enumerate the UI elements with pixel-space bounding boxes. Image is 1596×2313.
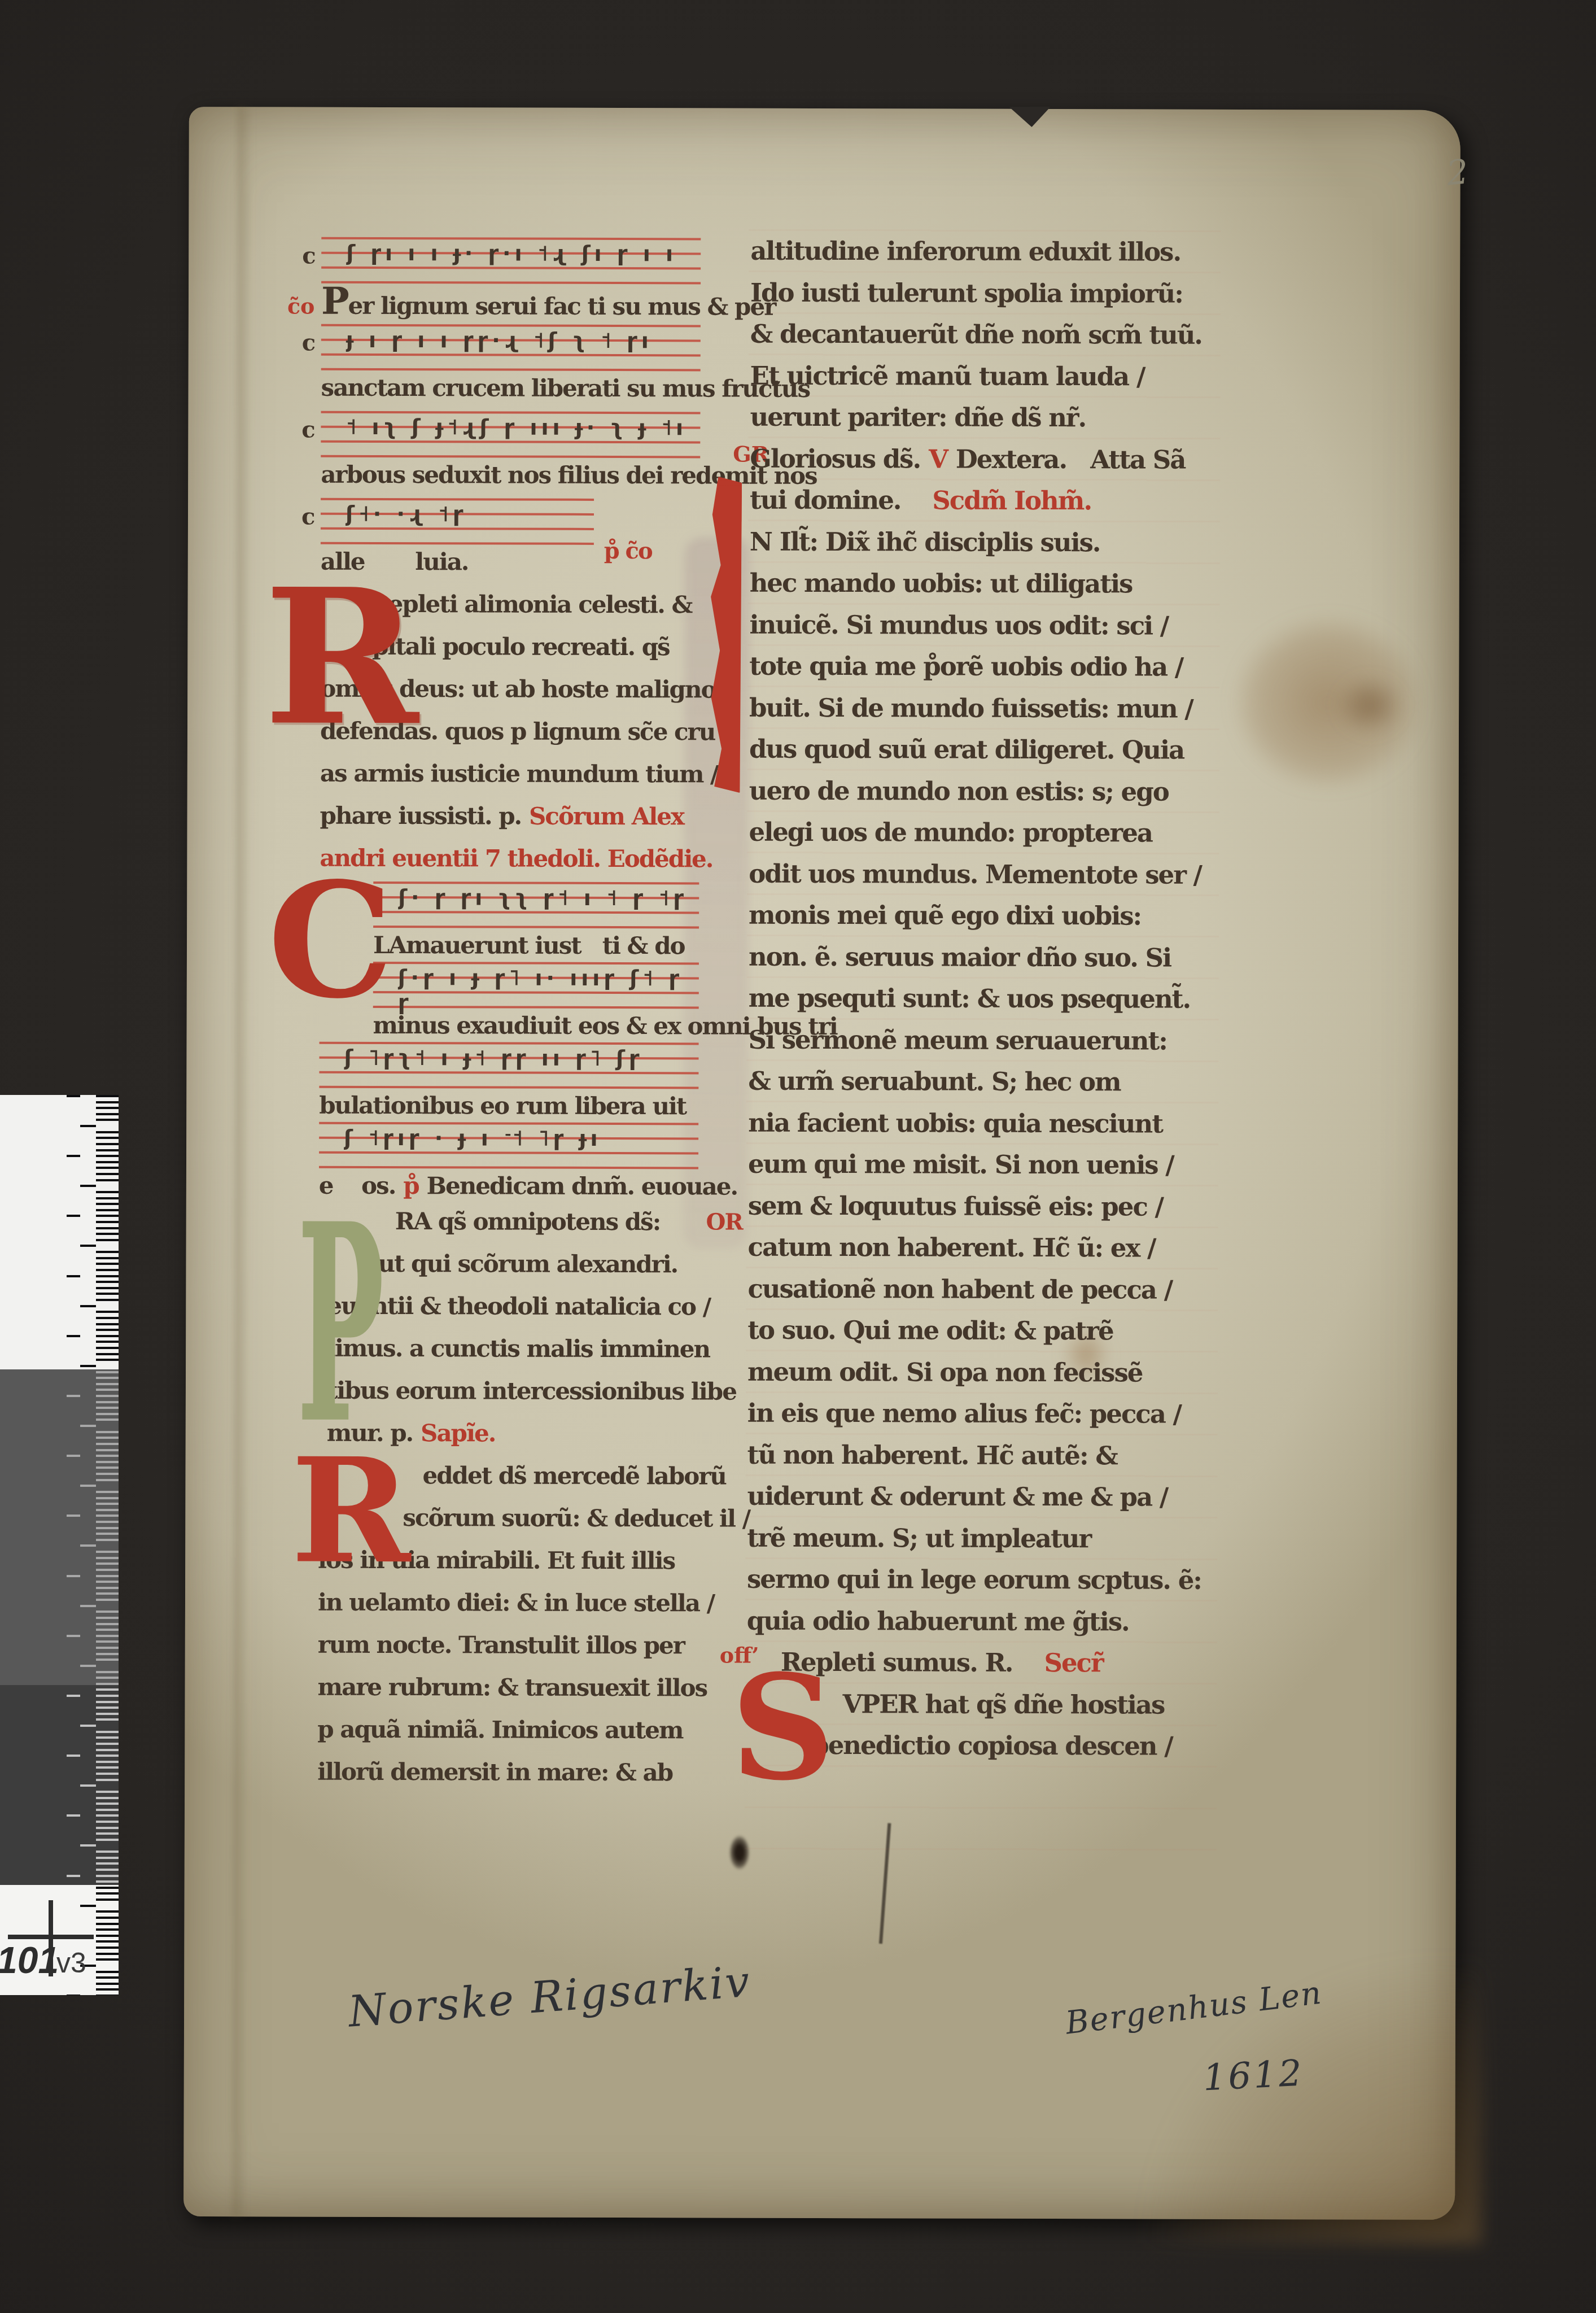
text-segment: Sapĩe.: [421, 1419, 495, 1447]
oration-presta: PRA qs̃ omnipotens ds̃:ORut qui scõrum a…: [318, 1200, 698, 1455]
text-line: uerunt pariter: dñe ds̃ nr̃.: [750, 396, 1216, 439]
text-segment: Scdm̃ Iohm̃.: [909, 485, 1091, 516]
lyric-line: sanctam crucem liberati su mus fructus: [321, 372, 701, 408]
archive-stamp: Norske Rigsarkiv: [347, 1956, 753, 2037]
text-segment: Atta Sã: [1075, 444, 1186, 475]
text-segment: me psequti sunt: & uos psequent̃.: [749, 983, 1190, 1014]
text-segment: uiderunt & oderunt & me & pa /: [747, 1481, 1168, 1512]
manuscript-page: 2 c̃ocʃ ɼı ı ı ɟ· ɼ·ı ˦ɻ ʃı ɼ ı ıPer lig…: [183, 107, 1461, 2220]
music-staff: cʃ˧· ·ɻ ˦ɼ: [321, 498, 594, 546]
text-line: odit uos mundus. Mementote ser /: [749, 853, 1215, 896]
text-segment: Gloriosus ds̃.: [750, 443, 920, 474]
lesson-continuation: altitudine inferorum eduxit illos.Ido iu…: [750, 230, 1217, 439]
text-segment: dus quod suũ erat diligeret. Quia: [749, 734, 1184, 765]
text-line: uero de mundo non estis: s; ego: [749, 770, 1215, 813]
text-line: Ido iusti tulerunt spolia impiorũ:: [750, 272, 1217, 315]
text-line: meum odit. Si opa non fecissẽ: [747, 1351, 1214, 1394]
text-line: phare iussisti. p.Scõrum Alex: [320, 795, 699, 838]
text-segment: trẽ meum. S; ut impleatur: [747, 1522, 1091, 1553]
neume-notation: ɟ ı ɼ ı ı ɼɼ·ɻ ˦ʃ ʅ ˦ ɼı: [346, 328, 703, 354]
text-line: trẽ meum. S; ut impleatur: [747, 1517, 1213, 1560]
text-segment: phare iussisti. p.: [320, 802, 522, 830]
text-segment: V: [929, 444, 947, 474]
text-segment: meum odit. Si opa non fecissẽ: [747, 1356, 1143, 1387]
text-line: quia odio habuerunt me g̃tis.: [747, 1600, 1213, 1643]
text-segment: sermo qui in lege eorum scptus. ẽ:: [747, 1564, 1201, 1595]
text-segment: Si sermonẽ meum seruauerunt:: [749, 1024, 1167, 1055]
text-line: & urm̃ seruabunt. S; hec om: [748, 1061, 1214, 1103]
text-line: nia facient uobis: quia nesciunt: [748, 1102, 1214, 1145]
text-segment: Scõrum Alex: [529, 802, 684, 831]
illuminated-initial: S: [731, 1661, 834, 1794]
text-segment: Et uictricẽ manũ tuam lauda /: [750, 360, 1145, 391]
calibration-ruler: 101 v3: [0, 1095, 119, 1995]
lesson-reddet: Reddet ds̃ mercedẽ laborũscõrum suorũ…: [317, 1454, 698, 1794]
text-line: elegi uos de mundo: propterea: [749, 811, 1215, 854]
music-staff: ʃ ˦ɼıɼ · ɟ ı ˦˦ ˥ɼ ɟı: [319, 1122, 698, 1171]
text-line: tote quia me p̊orẽ uobis odio ha /: [749, 645, 1215, 688]
text-segment: catum non haberent. Hc̃ ũ: ex /: [748, 1232, 1156, 1263]
text-segment: ut qui scõrum alexandri.: [378, 1250, 677, 1278]
neume-notation: ˦ ıʅ ʃ ɟ˦ɻʃ ɼ ııı ɟ· ʅ ɟ ˦ı: [346, 414, 702, 440]
text-segment: N Ilt̃: Dix̃ ihc̃ disciplis suis.: [750, 526, 1100, 557]
gradual-gloriosus: GRGloriosus ds̃.VDextera. Atta Sãtui do…: [750, 438, 1216, 522]
text-line: tui domine. Scdm̃ Iohm̃.: [750, 479, 1216, 522]
music-staff: ʃ· ɼ ɼı ʅʅ ɼ˦ ı ˦ ɼ ˦ɼ: [373, 881, 699, 930]
text-segment: bulationibus eo rum libera uit: [319, 1092, 686, 1120]
text-segment: tote quia me p̊orẽ uobis odio ha /: [749, 651, 1183, 682]
text-line: mare rubrum: & transuexit illos: [317, 1666, 697, 1709]
text-segment: mare rubrum: & transuexit illos: [318, 1673, 707, 1702]
music-staff: c˦ ıʅ ʃ ɟ˦ɻʃ ɼ ııı ɟ· ʅ ɟ ˦ı: [321, 411, 700, 460]
illuminated-initial: C: [268, 869, 393, 1013]
neume-notation: ʃ ˦ɼıɼ · ɟ ı ˦˦ ˥ɼ ɟı: [344, 1125, 701, 1151]
region-stamp: Bergenhus Len: [1064, 1975, 1324, 2042]
text-line: & decantauerũt dñe nom̃ scm̃ tuũ.: [750, 313, 1217, 356]
text-segment: sem & loquutus fuissẽ eis: pec /: [748, 1190, 1163, 1221]
text-segment: VPER hat qs̃ dñe hostias: [842, 1689, 1164, 1720]
clef-letter: c: [302, 243, 314, 269]
text-line: tũ non haberent. Hc̃ autẽ: &: [747, 1434, 1214, 1477]
text-segment: eum qui me misit. Si non uenis /: [748, 1149, 1174, 1180]
text-segment: hec mando uobis: ut diligatis: [750, 568, 1132, 599]
text-line: to suo. Qui me odit: & patrẽ: [747, 1310, 1214, 1352]
text-line: Si sermonẽ meum seruauerunt:: [748, 1019, 1214, 1062]
text-segment: buit. Si de mundo fuissetis: mun /: [749, 692, 1193, 723]
text-segment: eddet ds̃ mercedẽ laborũ: [422, 1461, 725, 1490]
music-staff: cʃ ɼı ı ı ɟ· ɼ·ı ˦ɻ ʃı ɼ ı ı: [321, 237, 701, 286]
text-segment: p aquã nimiã. Inimicos autem: [317, 1716, 683, 1744]
text-segment: nia facient uobis: quia nesciunt: [748, 1107, 1162, 1138]
text-segment: tui domine.: [750, 485, 901, 516]
chant-system: c˦ ıʅ ʃ ɟ˦ɻʃ ɼ ııı ɟ· ʅ ɟ ˦ıarbous sedux…: [321, 411, 700, 497]
text-segment: odit uos mundus. Mementote ser /: [749, 858, 1201, 889]
chant-system: cɟ ı ɼ ı ı ɼɼ·ɻ ˦ʃ ʅ ˦ ɼısanctam crucem …: [321, 324, 700, 410]
text-segment: euentii & theodoli natalicia co /: [327, 1292, 710, 1321]
neume-notation: ʃ˧· ·ɻ ˦ɼ: [346, 501, 602, 527]
text-segment: cusationẽ non habent de pecca /: [747, 1273, 1172, 1304]
neume-notation: ʃ· ɼ ɼı ʅʅ ɼ˦ ı ˦ ɼ ˦ɼ: [398, 885, 704, 910]
gospel-john: N Ilt̃: Dix̃ ihc̃ disciplis suis.hec man…: [747, 521, 1216, 1643]
text-line: dus quod suũ erat diligeret. Quia: [749, 728, 1215, 771]
clef-letter: c: [301, 417, 314, 443]
stain: [1322, 663, 1418, 748]
text-segment: scõrum suorũ: & deducet il /: [403, 1504, 750, 1533]
text-segment: tũ non haberent. Hc̃ autẽ: &: [747, 1439, 1117, 1470]
text-segment: tibus eorum intercessionibus libe: [327, 1377, 736, 1406]
communio-per-lignum: c̃ocʃ ɼı ı ı ɟ· ɼ·ı ˦ɻ ʃı ɼ ı ıPer lignu…: [321, 237, 701, 584]
text-segment: non. ẽ. seruus maior dño suo. Si: [749, 941, 1171, 972]
text-segment: & decantauerũt dñe nom̃ scm̃ tuũ.: [750, 319, 1202, 350]
text-line: me psequti sunt: & uos psequent̃.: [749, 977, 1215, 1020]
text-segment: Ido iusti tulerunt spolia impiorũ:: [750, 277, 1183, 308]
right-text-column: altitudine inferorum eduxit illos.Ido iu…: [746, 230, 1217, 1768]
neume-notation: ʃ ɼı ı ı ɟ· ɼ·ı ˦ɻ ʃı ɼ ı ı: [346, 241, 703, 267]
text-line: monis mei quẽ ego dixi uobis:: [749, 894, 1215, 937]
page-crease: [232, 107, 252, 2216]
text-line: Et uictricẽ manũ tuam lauda /: [750, 355, 1217, 398]
music-staff: ʃ·ɼ ı ɟ ɼ˥ ı· ıııɼ ʃ˦ ɼ ɼ: [373, 962, 699, 1010]
lyric-line: arbous seduxit nos filius dei redemit no…: [321, 459, 700, 495]
illuminated-initial: R: [291, 1445, 410, 1578]
text-segment: monis mei quẽ ego dixi uobis:: [749, 900, 1141, 931]
ruler-version-label: v3: [56, 1947, 86, 1979]
music-staff: cɟ ı ɼ ı ı ɼɼ·ɻ ˦ʃ ʅ ˦ ɼı: [321, 324, 701, 373]
text-segment: quia odio habuerunt me g̃tis.: [747, 1605, 1129, 1636]
text-line: Gloriosus ds̃.VDextera. Atta Sã: [750, 438, 1216, 481]
text-line: buit. Si de mundo fuissetis: mun /: [749, 687, 1215, 730]
text-line: uiderunt & oderunt & me & pa /: [747, 1476, 1213, 1518]
text-segment: LAmauerunt iust ti & do: [373, 931, 685, 959]
text-segment: to suo. Qui me odit: & patrẽ: [747, 1315, 1113, 1346]
text-line: inuicẽ. Si mundus uos odit: sci /: [749, 604, 1215, 647]
psalm-cue: p̊ c̃o: [604, 535, 652, 568]
text-segment: illorũ demersit in mare: & ab: [317, 1758, 672, 1787]
page-notch: [1009, 107, 1051, 127]
lyric-line: LAmauerunt iust ti & do: [373, 929, 699, 965]
ruler-ticks-large: [67, 1095, 119, 1995]
text-segment: sanctam crucem liberati su mus fructus: [321, 374, 810, 403]
stain: [1198, 584, 1458, 822]
text-segment: RA qs̃ omnipotens ds̃:: [395, 1207, 661, 1236]
neume-notation: ʃ ˥ɼʅ˦ ı ɟ˦ ɼɼ ıı ɼ˥ ʃɼ: [344, 1045, 701, 1071]
text-line: altitudine inferorum eduxit illos.: [750, 230, 1217, 273]
text-line: sermo qui in lege eorum scptus. ẽ:: [747, 1559, 1213, 1601]
chant-system: ʃ ˥ɼʅ˦ ı ɟ˦ ɼɼ ıı ɼ˥ ʃɼbulationibus eo r…: [319, 1042, 698, 1121]
rubric-margin-mark: c̃o: [287, 294, 315, 319]
folio-number: 2: [1445, 152, 1470, 194]
text-segment: in eis que nemo alius fec̃: pecca /: [747, 1398, 1181, 1429]
text-line: rum nocte. Transtulit illos per: [318, 1624, 697, 1667]
collect-repleti: Repleti alimonia celesti. &spitali pocul…: [320, 583, 699, 880]
text-segment: benedictio copiosa descen /: [811, 1730, 1173, 1761]
left-text-column: c̃ocʃ ɼı ı ı ɟ· ɼ·ı ˦ɻ ʃı ɼ ı ıPer lignu…: [317, 235, 701, 1794]
rubric-margin-mark: OR: [706, 1201, 742, 1243]
neume-notation: ʃ·ɼ ı ɟ ɼ˥ ı· ıııɼ ʃ˦ ɼ ɼ: [398, 965, 705, 1015]
illuminated-initial: P: [297, 1203, 383, 1449]
text-line: illorũ demersit in mare: & ab: [317, 1751, 697, 1794]
text-segment: Per lignum serui fac ti su mus & per: [321, 292, 776, 321]
text-line: hec mando uobis: ut diligatis: [750, 562, 1216, 605]
text-segment: Dextera.: [956, 444, 1067, 474]
text-line: N Ilt̃: Dix̃ ihc̃ disciplis suis.: [750, 521, 1216, 564]
text-segment: inuicẽ. Si mundus uos odit: sci /: [749, 609, 1168, 640]
text-line: non. ẽ. seruus maior dño suo. Si: [749, 936, 1215, 979]
lyric-line: minus exaudiuit eos & ex omni bus tri: [373, 1009, 699, 1045]
text-segment: p̊: [403, 1172, 419, 1199]
text-segment: Benedicam dnm̃. euouae.: [426, 1172, 737, 1200]
text-line: eum qui me misit. Si non uenis /: [748, 1144, 1214, 1186]
text-segment: elegi uos de mundo: propterea: [749, 817, 1152, 848]
clef-letter: c: [302, 330, 314, 356]
clef-letter: c: [301, 504, 314, 530]
illuminated-initial: R: [264, 572, 418, 742]
text-segment: uero de mundo non estis: s; ego: [749, 775, 1169, 806]
text-segment: & urm̃ seruabunt. S; hec om: [748, 1066, 1121, 1097]
gradual-clamauerunt: Cʃ· ɼ ɼı ʅʅ ɼ˦ ı ˦ ɼ ˦ɼLAmauerunt iust t…: [319, 881, 699, 1201]
lyric-line: bulationibus eo rum libera uit: [319, 1089, 698, 1125]
text-line: catum non haberent. Hc̃ ũ: ex /: [748, 1227, 1214, 1269]
text-segment: limus. a cunctis malis imminen: [327, 1334, 710, 1363]
text-line: p aquã nimiã. Inimicos autem: [317, 1708, 697, 1752]
text-line: sem & loquutus fuissẽ eis: pec /: [748, 1185, 1214, 1228]
secret-super: SVPER hat qs̃ dñe hostiasbenedictio cop…: [746, 1683, 1213, 1767]
text-line: cusationẽ non habent de pecca /: [747, 1268, 1214, 1311]
text-line: in eis que nemo alius fec̃: pecca /: [747, 1393, 1214, 1435]
chant-system: cʃ ɼı ı ı ɟ· ɼ·ı ˦ɻ ʃı ɼ ı ıPer lignum s…: [321, 237, 701, 323]
ruler-number-label: 101: [0, 1939, 59, 1982]
text-segment: uerunt pariter: dñe ds̃ nr̃.: [750, 402, 1086, 433]
text-segment: altitudine inferorum eduxit illos.: [750, 236, 1180, 267]
year-stamp: 1612: [1202, 2053, 1305, 2100]
music-staff: ʃ ˥ɼʅ˦ ı ɟ˦ ɼɼ ıı ɼ˥ ʃɼ: [319, 1042, 698, 1090]
text-segment: epleti alimonia celesti. &: [388, 590, 692, 618]
text-segment: rum nocte. Transtulit illos per: [318, 1631, 684, 1660]
lyric-line: Per lignum serui fac ti su mus & per: [321, 285, 701, 321]
text-segment: Secr̃: [1021, 1648, 1103, 1678]
